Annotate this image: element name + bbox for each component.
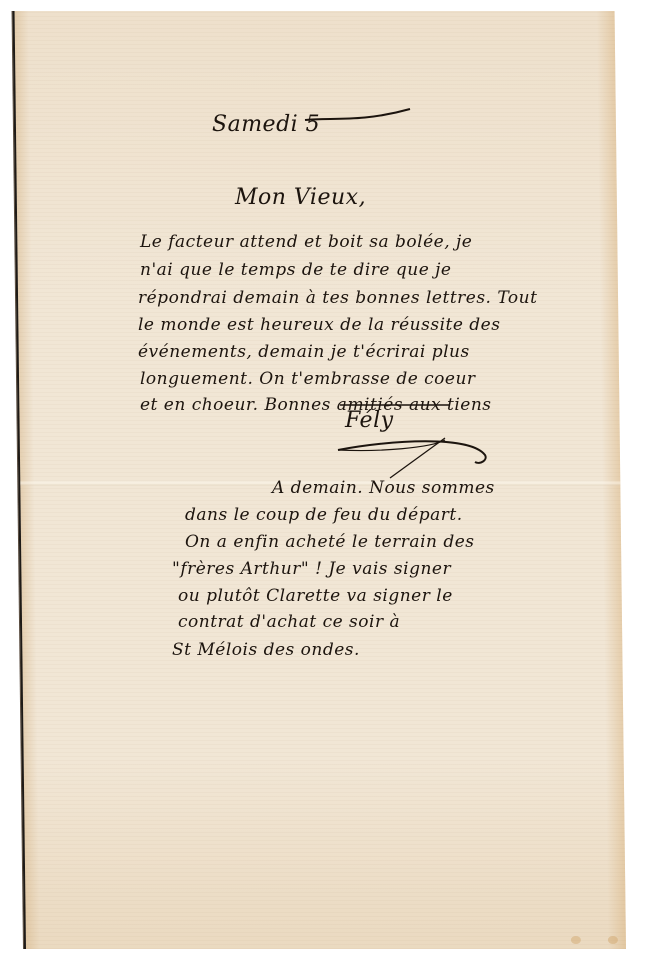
paper-stain — [608, 936, 618, 944]
letter-salutation: Mon Vieux, — [235, 185, 366, 210]
body-line: répondrai demain à tes bonnes lettres. T… — [138, 288, 537, 308]
postscript-line: ou plutôt Clarette va signer le — [178, 586, 453, 606]
date-flourish-icon — [300, 105, 420, 135]
postscript-line: "frères Arthur" ! Je vais signer — [172, 559, 451, 579]
body-line: le monde est heureux de la réussite des — [138, 315, 500, 335]
body-line: événements, demain je t'écrirai plus — [138, 342, 470, 362]
postscript-line: St Mélois des ondes. — [172, 640, 360, 660]
postscript-line: A demain. Nous sommes — [272, 478, 495, 498]
body-line: longuement. On t'embrasse de coeur — [140, 369, 476, 389]
postscript-line: On a enfin acheté le terrain des — [185, 532, 475, 552]
paper-stain — [571, 936, 581, 944]
postscript-line: dans le coup de feu du départ. — [185, 505, 463, 525]
body-line: n'ai que le temps de te dire que je — [140, 260, 452, 280]
signature-flourish-icon — [330, 400, 510, 480]
postscript-line: contrat d'achat ce soir à — [178, 612, 400, 632]
body-line: Le facteur attend et boit sa bolée, je — [140, 232, 472, 252]
